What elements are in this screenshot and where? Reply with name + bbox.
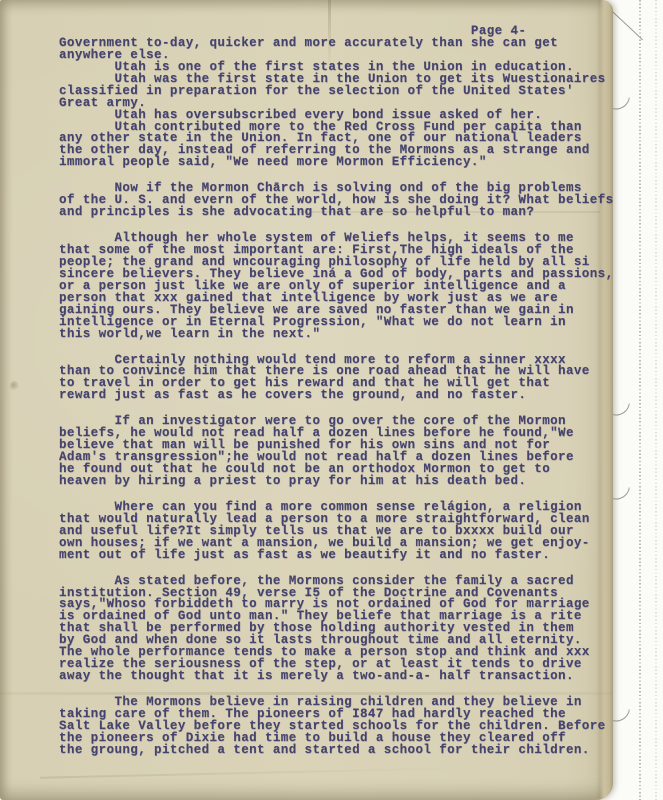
scan-edge-ticks [655,0,657,800]
typed-line: away the thought that it is merely a two… [59,671,611,683]
typed-line: ment out of life just as fast as we beau… [59,550,611,562]
typed-line: and principles is she advocating that ar… [59,207,611,219]
typed-line: reward just as fast as he covers the gro… [59,390,611,402]
paper-blemish [10,381,19,391]
typed-line: the groung, pitched a tent and started a… [59,745,611,757]
typed-text: Page 4-Government to-day, quicker and mo… [59,26,611,757]
scanned-document-page: Page 4-Government to-day, quicker and mo… [0,0,663,800]
typed-line: heaven by hiring a priest to pray for hi… [59,476,611,488]
perforation-dotted-line [639,0,641,800]
typed-line: this world,we learn in the next." [59,329,611,341]
paper-crease [40,767,460,779]
typed-line: immoral people said, "We need more Mormo… [59,157,611,169]
paper-sheet: Page 4-Government to-day, quicker and mo… [0,0,613,800]
